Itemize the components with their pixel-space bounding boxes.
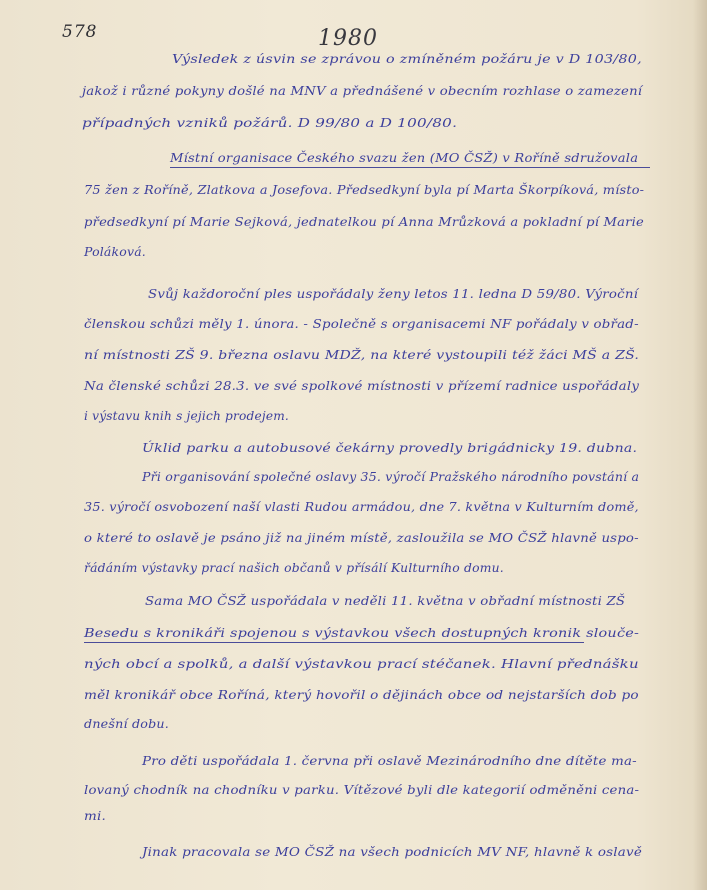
underline bbox=[84, 642, 584, 643]
handwritten-line: Úklid parku a autobusové čekárny provedl… bbox=[142, 440, 637, 455]
handwritten-line: případných vzniků požárů. D 99/80 a D 10… bbox=[82, 115, 457, 130]
underline bbox=[170, 167, 650, 168]
handwritten-line: Místní organisace Českého svazu žen (MO … bbox=[170, 150, 638, 165]
handwritten-line: členskou schůzi měly 1. února. - Společn… bbox=[84, 316, 639, 331]
year-heading: 1980 bbox=[318, 26, 378, 51]
handwritten-line: i výstavu knih s jejich prodejem. bbox=[84, 408, 289, 423]
handwritten-line: Jinak pracovala se MO ČSŽ na všech podni… bbox=[142, 844, 642, 859]
handwritten-line: předsedkyní pí Marie Sejková, jednatelko… bbox=[84, 214, 644, 229]
handwritten-line: Sama MO ČSŽ uspořádala v neděli 11. květ… bbox=[145, 593, 625, 608]
handwritten-line: Pro děti uspořádala 1. června při oslavě… bbox=[142, 753, 637, 768]
handwritten-line: o které to oslavě je psáno již na jiném … bbox=[84, 530, 639, 545]
page-number: 578 bbox=[62, 22, 97, 42]
handwritten-line: Na členské schůzi 28.3. ve své spolkové … bbox=[84, 378, 639, 393]
handwritten-line: Výsledek z úsvin se zprávou o zmíněném p… bbox=[172, 51, 642, 66]
handwritten-line: lovaný chodník na chodníku v parku. Vítě… bbox=[84, 782, 639, 797]
handwritten-line: ní místnosti ZŠ 9. března oslavu MDŽ, na… bbox=[84, 347, 639, 362]
handwritten-line: dnešní dobu. bbox=[84, 716, 169, 731]
handwritten-line: 35. výročí osvobození naší vlasti Rudou … bbox=[84, 499, 639, 514]
handwritten-line: Svůj každoroční ples uspořádaly ženy let… bbox=[148, 286, 638, 301]
handwritten-line: 75 žen z Roříně, Zlatkova a Josefova. Př… bbox=[84, 182, 644, 197]
handwritten-line: ných obcí a spolků, a další výstavkou pr… bbox=[84, 656, 639, 671]
chronicle-page: 578 1980 Výsledek z úsvin se zprávou o z… bbox=[0, 0, 707, 890]
handwritten-line: řádáním výstavky prací našich občanů v p… bbox=[84, 560, 504, 575]
page-edge-shadow bbox=[693, 0, 707, 890]
handwritten-line: jakož i různé pokyny došlé na MNV a před… bbox=[82, 83, 642, 98]
handwritten-line: mi. bbox=[84, 808, 106, 823]
handwritten-line: měl kronikář obce Roříná, který hovořil … bbox=[84, 687, 639, 702]
handwritten-line: Besedu s kronikáři spojenou s výstavkou … bbox=[84, 625, 639, 640]
handwritten-line: Při organisování společné oslavy 35. výr… bbox=[142, 469, 639, 484]
handwritten-line: Poláková. bbox=[84, 244, 146, 259]
